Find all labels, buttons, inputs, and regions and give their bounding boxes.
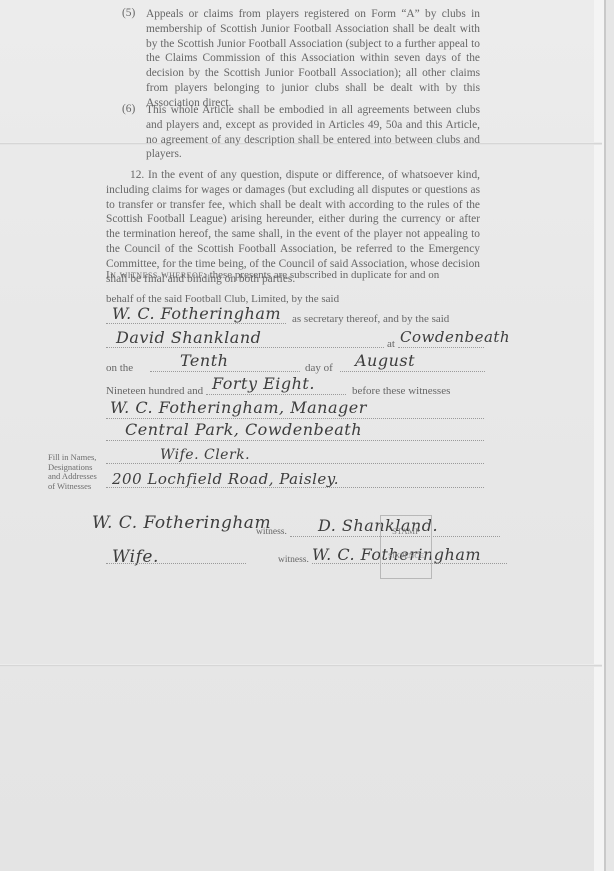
- year-words: Forty Eight.: [212, 374, 315, 393]
- witness-2-designation: Wife. Clerk.: [160, 447, 250, 463]
- clause-5-text: Appeals or claims from players registere…: [146, 7, 480, 111]
- day-of-label: day of: [305, 362, 333, 374]
- fill-line: [340, 371, 485, 372]
- witness-label: witness.: [256, 527, 287, 537]
- fill-line: [106, 418, 484, 419]
- nineteen-label: Nineteen hundred and: [106, 385, 203, 397]
- at-label: at: [387, 338, 395, 350]
- fill-line: [106, 440, 484, 441]
- fill-line: [398, 347, 484, 348]
- page-edge: [594, 0, 604, 871]
- clause-6-number: (6): [122, 103, 135, 115]
- clause-6-text: This whole Article shall be embodied in …: [146, 103, 480, 162]
- player-name: David Shankland: [116, 328, 261, 347]
- document-page: (5) Appeals or claims from players regis…: [0, 0, 606, 871]
- stamp-label: STAMP: [381, 526, 431, 536]
- fill-line: [106, 563, 246, 564]
- on-the-label: on the: [106, 362, 133, 374]
- clause-5-number: (5): [122, 7, 135, 19]
- witness-1-address: Central Park, Cowdenbeath: [125, 420, 362, 439]
- stamp-value: SIXPENCE: [381, 551, 431, 560]
- day: Tenth: [180, 351, 228, 370]
- fill-line: [106, 463, 484, 464]
- fill-line: [206, 394, 346, 395]
- secretary-label: as secretary thereof, and by the said: [292, 313, 449, 325]
- fill-line: [106, 323, 286, 324]
- place: Cowdenbeath: [400, 328, 510, 346]
- fold-crease: [0, 664, 602, 667]
- witness-label: witness.: [278, 555, 309, 565]
- secretary-signature-final: W. C. Fotheringham: [92, 513, 271, 533]
- stamp-box: STAMP SIXPENCE: [380, 515, 432, 579]
- before-label: before these witnesses: [352, 385, 450, 397]
- fill-line: [150, 371, 300, 372]
- secretary-signature: W. C. Fotheringham: [112, 304, 281, 323]
- witness-whereof: In witness whereof:: [106, 269, 207, 281]
- witness-lead: In witness whereof: these presents are s…: [106, 269, 439, 281]
- witness-line-1: these presents are subscribed in duplica…: [210, 269, 440, 281]
- month: August: [355, 351, 415, 370]
- fill-line: [106, 347, 384, 348]
- witness-2-address: 200 Lochfield Road, Paisley.: [112, 470, 339, 488]
- side-note: Fill in Names, Designations and Addresse…: [48, 453, 97, 491]
- witness-1-name: W. C. Fotheringham, Manager: [110, 398, 367, 417]
- fill-line: [106, 487, 484, 488]
- witness-signature-left: Wife.: [112, 547, 159, 567]
- side-note-line: of Witnesses: [48, 482, 97, 492]
